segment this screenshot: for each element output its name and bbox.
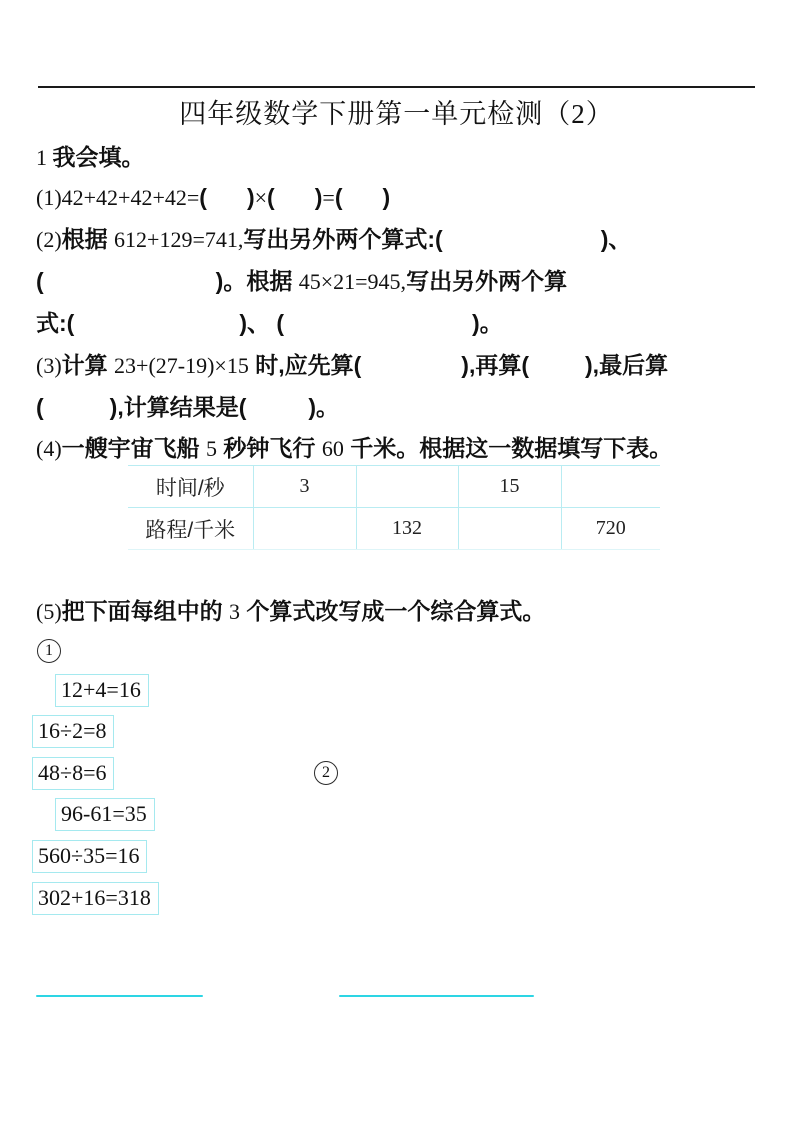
- question-1-2-line3: 式:()、 ()。: [36, 308, 503, 339]
- equation-box-4: 96-61=35: [55, 798, 155, 831]
- group-1-marker: 1: [37, 639, 61, 663]
- question-1-3-line2: (),计算结果是()。: [36, 392, 339, 423]
- question-1-2-line2: ()。根据 45×21=945,写出另外两个算: [36, 266, 567, 297]
- table-cell: [253, 508, 356, 550]
- question-1-4: (4)一艘宇宙飞船 5 秒钟飞行 60 千米。根据这一数据填写下表。: [36, 433, 672, 464]
- question-1-3-line1: (3)计算 23+(27-19)×15 时,应先算(),再算(),最后算: [36, 350, 668, 381]
- page-title: 四年级数学下册第一单元检测（2）: [0, 92, 793, 131]
- table-row-distance: 路程/千米 132 720: [128, 508, 660, 550]
- table-cell: 132: [356, 508, 458, 550]
- equation-box-5: 560÷35=16: [32, 840, 147, 873]
- table-cell: [561, 466, 660, 508]
- time-distance-table: 时间/秒 3 15 路程/千米 132 720: [128, 465, 660, 550]
- question-1-heading: 1 我会填。: [36, 142, 145, 173]
- question-1-2-line1: (2)根据 612+129=741,写出另外两个算式:()、: [36, 224, 631, 255]
- table-header-distance: 路程/千米: [128, 508, 253, 550]
- table-cell: 3: [253, 466, 356, 508]
- question-1-5: (5)把下面每组中的 3 个算式改写成一个综合算式。: [36, 596, 545, 627]
- table-header-time: 时间/秒: [128, 466, 253, 508]
- equation-box-1: 12+4=16: [55, 674, 149, 707]
- answer-line-1: [36, 995, 203, 997]
- answer-line-2: [339, 995, 534, 997]
- equation-box-3: 48÷8=6: [32, 757, 114, 790]
- group-2-marker: 2: [314, 761, 338, 785]
- table-cell: 15: [458, 466, 561, 508]
- equation-box-2: 16÷2=8: [32, 715, 114, 748]
- question-1-1: (1)42+42+42+42=()×()=(): [36, 182, 390, 213]
- table-cell: 720: [561, 508, 660, 550]
- table-cell: [356, 466, 458, 508]
- header-rule: [38, 86, 755, 88]
- equation-box-6: 302+16=318: [32, 882, 159, 915]
- table-row-time: 时间/秒 3 15: [128, 466, 660, 508]
- worksheet-page: 四年级数学下册第一单元检测（2） 1 我会填。 (1)42+42+42+42=(…: [0, 0, 793, 1122]
- table-cell: [458, 508, 561, 550]
